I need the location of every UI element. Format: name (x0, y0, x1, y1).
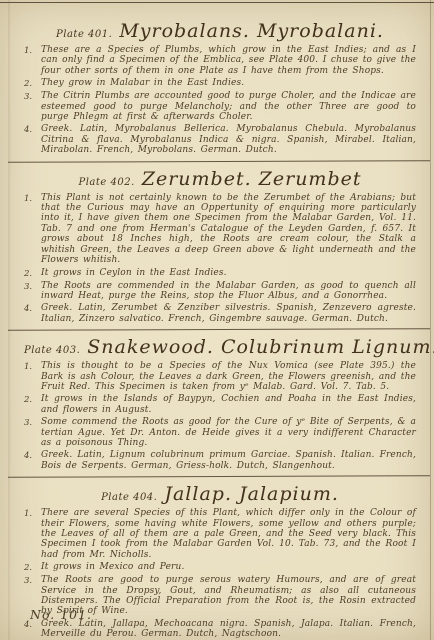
item-text: This is thought to be a Species of the N… (41, 361, 416, 392)
item-number: 1. (24, 508, 41, 519)
item-list: 1. This Plant is not certainly known to … (24, 193, 416, 324)
plate-title: Zerumbet. Zerumbet (142, 168, 362, 190)
item-number: 4. (24, 303, 41, 314)
list-item: 2. It grows in Ceylon in the East Indies… (24, 268, 416, 279)
list-item: 3. The Citrin Plumbs are accounted good … (24, 91, 416, 122)
item-text: It grows in Mexico and Peru. (41, 562, 416, 572)
section-divider (8, 475, 430, 477)
item-number: 2. (24, 78, 41, 89)
item-text: Some commend the Roots as good for the C… (41, 417, 416, 448)
herbal-page: Plate 401.Myrobalans. Myrobalani. 1. The… (0, 0, 434, 640)
item-number: 4. (24, 124, 41, 135)
item-text: These are a Species of Plumbs, which gro… (41, 45, 416, 76)
item-number: 3. (24, 91, 41, 102)
list-item: 4. Greek. Latin, Zerumbet & Zenziber sil… (24, 303, 416, 324)
section-divider (8, 160, 430, 162)
plate-title: Jallap. Jalapium. (164, 483, 339, 505)
plate-label: Plate 402. (78, 177, 134, 188)
item-text: Greek. Latin, Jallapa, Mechoacana nigra.… (41, 619, 416, 640)
item-text: It grows in Ceylon in the East Indies. (41, 268, 416, 278)
plate-title: Snakewood. Colubrinum Lignum. (87, 336, 434, 358)
item-number: 1. (24, 361, 41, 372)
section-header: Plate 402.Zerumbet. Zerumbet (24, 168, 416, 190)
list-item: 3. Some commend the Roots as good for th… (24, 417, 416, 448)
item-text: The Citrin Plumbs are accounted good to … (41, 91, 416, 122)
list-item: 2. They grow in Malabar in the East Indi… (24, 78, 416, 89)
item-list: 1. These are a Species of Plumbs, which … (24, 45, 416, 156)
plate-label: Plate 403. (24, 345, 80, 356)
item-number: 1. (24, 193, 41, 204)
item-text: Greek. Latin, Zerumbet & Zenziber silves… (41, 303, 416, 324)
section-header: Plate 401.Myrobalans. Myrobalani. (24, 20, 416, 42)
list-item: 4. Greek. Latin, Myrobalanus Bellerica. … (24, 124, 416, 155)
section-header: Plate 404.Jallap. Jalapium. (24, 483, 416, 505)
list-item: 3. The Roots are commended in the Malaba… (24, 281, 416, 302)
item-number: 2. (24, 268, 41, 279)
item-text: This Plant is not certainly known to be … (41, 193, 416, 266)
section-divider (8, 328, 430, 330)
item-number: 3. (24, 575, 41, 586)
item-text: There are several Species of this Plant,… (41, 508, 416, 560)
item-text: They grow in Malabar in the East Indies. (41, 78, 416, 88)
plate-label: Plate 404. (101, 492, 157, 503)
item-text: The Roots are commended in the Malabar G… (41, 281, 416, 302)
item-number: 3. (24, 417, 41, 428)
item-number: 1. (24, 45, 41, 56)
item-number: 2. (24, 394, 41, 405)
list-item: 2. It grows in Mexico and Peru. (24, 562, 416, 573)
list-item: 2. It grows in the Islands of Baypyn, Co… (24, 394, 416, 415)
item-text: Greek. Latin, Lignum colubrinum primum G… (41, 450, 416, 471)
item-number: 4. (24, 450, 41, 461)
item-list: 1. This is thought to be a Species of th… (24, 361, 416, 471)
item-number: 2. (24, 562, 41, 573)
list-item: 4. Greek. Latin, Lignum colubrinum primu… (24, 450, 416, 471)
section-header: Plate 403.Snakewood. Colubrinum Lignum. (24, 336, 416, 358)
section-myrobalans: Plate 401.Myrobalans. Myrobalani. 1. The… (24, 20, 416, 156)
item-text: Greek. Latin, Myrobalanus Bellerica. Myr… (41, 124, 416, 155)
list-item: 1. This Plant is not certainly known to … (24, 193, 416, 266)
item-text: It grows in the Islands of Baypyn, Cochi… (41, 394, 416, 415)
list-item: 1. There are several Species of this Pla… (24, 508, 416, 560)
plate-label: Plate 401. (56, 29, 112, 40)
plate-title: Myrobalans. Myrobalani. (119, 20, 384, 42)
section-zerumbet: Plate 402.Zerumbet. Zerumbet 1. This Pla… (24, 168, 416, 324)
list-item: 1. This is thought to be a Species of th… (24, 361, 416, 392)
list-item: 1. These are a Species of Plumbs, which … (24, 45, 416, 76)
page-content: Plate 401.Myrobalans. Myrobalani. 1. The… (0, 0, 434, 640)
item-text: The Roots are good to purge serous water… (41, 575, 416, 617)
item-number: 3. (24, 281, 41, 292)
page-number: No. 101. (30, 607, 92, 622)
section-snakewood: Plate 403.Snakewood. Colubrinum Lignum. … (24, 336, 416, 471)
